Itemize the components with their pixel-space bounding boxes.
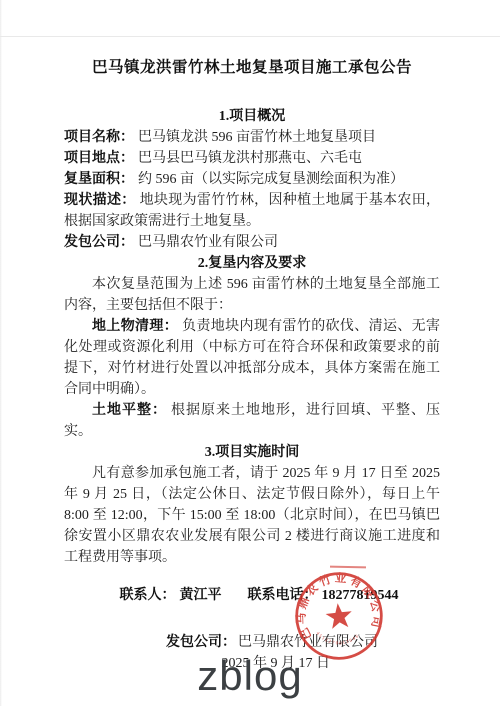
field-label: 现状描述： [64, 193, 136, 208]
field-project-location: 项目地点：巴马县巴马镇龙洪村那燕屯、六毛屯 [64, 148, 440, 169]
document-body: 巴马镇龙洪雷竹林土地复垦项目施工承包公告 1.项目概况 项目名称：巴马镇龙洪 5… [0, 0, 500, 675]
contact-person-label: 联系人： [120, 588, 176, 603]
field-value: 巴马县巴马镇龙洪村那燕屯、六毛屯 [138, 151, 362, 166]
field-reclaim-area: 复垦面积：约 596 亩（以实际完成复垦测绘面积为准） [64, 169, 440, 190]
item-ground-clearing: 地上物清理：负责地块内现有雷竹的砍伐、清运、无害化处理或资源化利用（中标方可在符… [64, 316, 440, 400]
section-3-body: 凡有意参加承包施工者，请于 2025 年 9 月 17 日至 2025 年 9 … [64, 463, 440, 568]
watermark: zblog [0, 652, 500, 700]
signature-company-label: 发包公司： [166, 635, 236, 650]
field-contracting-company: 发包公司：巴马鼎农竹业有限公司 [64, 232, 440, 253]
contact-person-name: 黄江平 [180, 588, 222, 603]
field-label: 项目名称： [64, 130, 134, 145]
item-land-leveling: 土地平整：根据原来土地地形，进行回填、平整、压实。 [64, 400, 440, 442]
field-label: 项目地点： [64, 151, 134, 166]
page-title: 巴马镇龙洪雷竹林土地复垦项目施工承包公告 [64, 56, 440, 79]
item-label: 土地平整： [92, 403, 167, 418]
field-project-name: 项目名称：巴马镇龙洪 596 亩雷竹林土地复垦项目 [64, 127, 440, 148]
contact-phone-number: 18277819544 [322, 588, 399, 603]
field-current-status: 现状描述：地块现为雷竹竹林，因种植土地属于基本农田，根据国家政策需进行土地复垦。 [64, 190, 440, 232]
field-value: 巴马鼎农竹业有限公司 [138, 235, 278, 250]
section-heading-1: 1.项目概况 [64, 106, 440, 127]
signature-company-name: 巴马鼎农竹业有限公司 [238, 635, 378, 650]
field-value: 巴马镇龙洪 596 亩雷竹林土地复垦项目 [138, 130, 376, 145]
section-heading-3: 3.项目实施时间 [64, 442, 440, 463]
signature-company-line: 发包公司：巴马鼎农竹业有限公司 [64, 632, 440, 653]
section-heading-2: 2.复垦内容及要求 [64, 253, 440, 274]
contact-phone-label: 联系电话： [248, 588, 318, 603]
field-value: 约 596 亩（以实际完成复垦测绘面积为准） [138, 172, 404, 187]
field-label: 发包公司： [64, 235, 134, 250]
field-label: 复垦面积： [64, 172, 134, 187]
contact-line: 联系人：黄江平联系电话：18277819544 [64, 585, 440, 606]
item-label: 地上物清理： [92, 319, 178, 334]
scanned-announcement-document: 巴马镇龙洪雷竹林土地复垦项目施工承包公告 1.项目概况 项目名称：巴马镇龙洪 5… [0, 0, 500, 706]
section-2-intro: 本次复垦范围为上述 596 亩雷竹林的土地复垦全部施工内容，主要包括但不限于： [64, 274, 440, 316]
